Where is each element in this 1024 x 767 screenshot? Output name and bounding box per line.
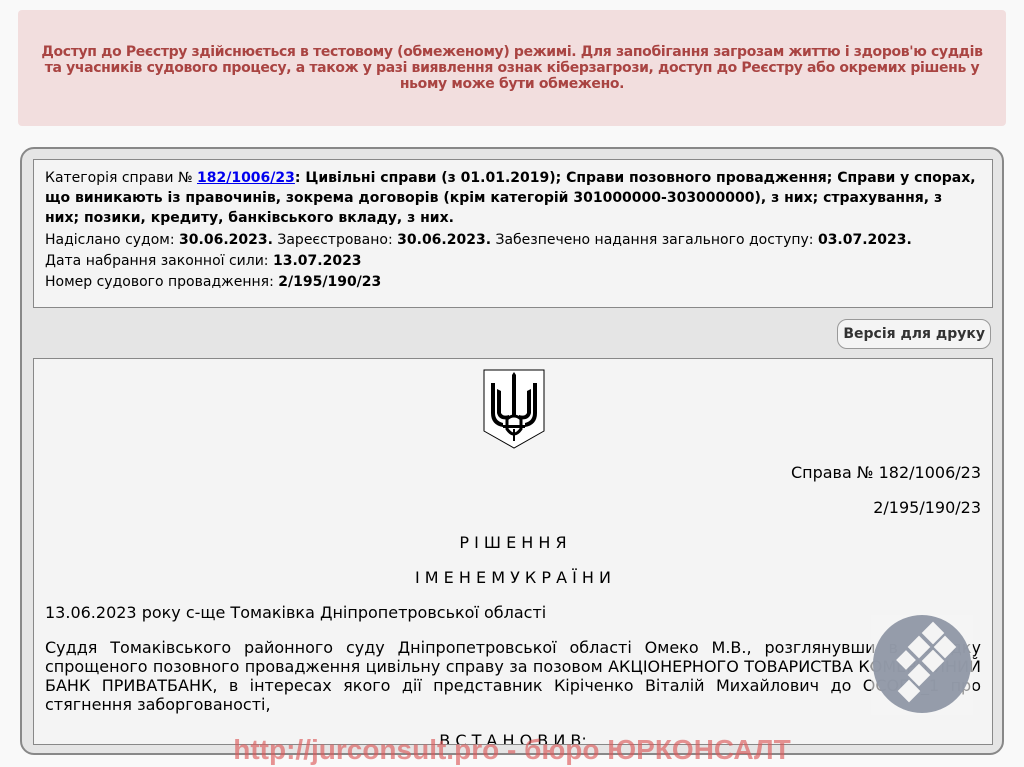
- effective-date-row: Дата набрання законної сили: 13.07.2023: [45, 251, 981, 272]
- decision-container: Категорія справи № 182/1006/23: Цивільні…: [20, 147, 1004, 755]
- category-label: Категорія справи №: [45, 170, 197, 186]
- decision-document: Справа № 182/1006/23 2/195/190/23 Р І Ш …: [33, 358, 993, 745]
- registry-notice: Доступ до Реєстру здійснюється в тестово…: [18, 10, 1006, 126]
- sent-label: Надіслано судом:: [45, 232, 179, 248]
- doc-date-place: 13.06.2023 року с-ще Томаківка Дніпропет…: [45, 603, 981, 622]
- case-number-link[interactable]: 182/1006/23: [197, 170, 295, 186]
- proceeding-label: Номер судового провадження:: [45, 274, 278, 290]
- access-date: 03.07.2023.: [818, 232, 912, 248]
- registered-date: 30.06.2023.: [397, 232, 491, 248]
- case-category: Категорія справи № 182/1006/23: Цивільні…: [45, 168, 981, 228]
- registered-label: Зареєстровано:: [273, 232, 397, 248]
- effective-label: Дата набрання законної сили:: [45, 253, 273, 269]
- access-label: Забезпечено надання загального доступу:: [491, 232, 818, 248]
- doc-subtitle: І М Е Н Е М У К Р А Ї Н И: [45, 568, 981, 587]
- doc-proceeding-number: 2/195/190/23: [45, 498, 981, 517]
- proceeding-number: 2/195/190/23: [278, 274, 381, 290]
- effective-date: 13.07.2023: [273, 253, 362, 269]
- print-version-button[interactable]: Версія для друку: [837, 319, 991, 349]
- case-dates: Надіслано судом: 30.06.2023. Зареєстрова…: [45, 230, 981, 251]
- proceeding-row: Номер судового провадження: 2/195/190/23: [45, 272, 981, 293]
- doc-case-number: Справа № 182/1006/23: [45, 463, 981, 482]
- jurconsult-logo-icon: [871, 615, 973, 715]
- doc-title: Р І Ш Е Н Н Я: [45, 533, 981, 552]
- scroll-to-top-badge[interactable]: [871, 615, 973, 715]
- doc-established: В С Т А Н О В И В:: [45, 731, 981, 745]
- coat-of-arms-icon: [483, 369, 545, 449]
- sent-date: 30.06.2023.: [179, 232, 273, 248]
- notice-text: Доступ до Реєстру здійснюється в тестово…: [34, 44, 990, 92]
- doc-paragraph: Суддя Томаківського районного суду Дніпр…: [45, 638, 981, 714]
- case-info-panel: Категорія справи № 182/1006/23: Цивільні…: [33, 159, 993, 308]
